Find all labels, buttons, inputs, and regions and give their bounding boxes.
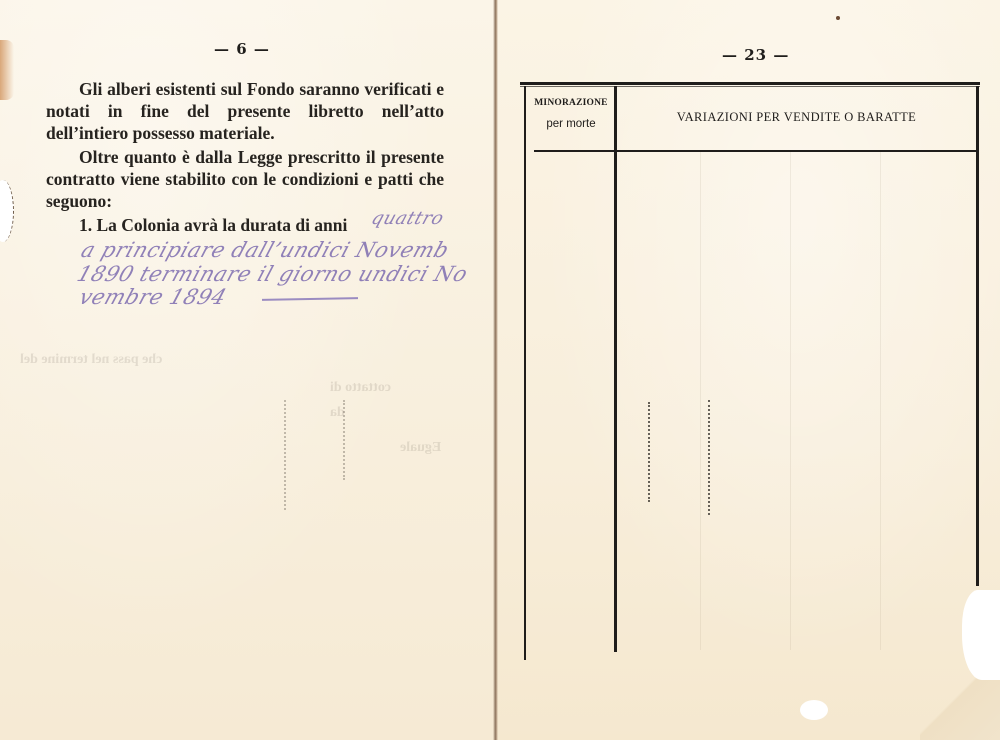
bleed-through-rule (284, 400, 286, 510)
scan-border (0, 740, 1000, 749)
water-stain (0, 40, 14, 100)
table-column-divider (614, 86, 617, 652)
scanned-document: — 6 — Gli alberi esistenti sul Fondo sar… (0, 0, 1000, 749)
bleed-through-text: che pass nel termine del (20, 352, 162, 368)
faint-dotted-rule (708, 400, 710, 515)
faint-dotted-rule (648, 402, 650, 502)
column-header-title: MINORAZIONE (528, 98, 614, 108)
paper-tear (962, 590, 1000, 680)
paper-hole (0, 180, 14, 242)
handwritten-years: quattro (369, 208, 447, 229)
column-header-subtitle: per morte (528, 118, 614, 130)
spine-fold (493, 0, 498, 745)
paragraph-conditions: Oltre quanto è dalla Legge prescritto il… (46, 146, 444, 212)
handwritten-line: a principiare dall’undici Novemb (78, 238, 452, 262)
table-top-rule (520, 82, 980, 85)
ink-speck (836, 16, 840, 20)
table-left-border (524, 86, 526, 660)
paper-hole (800, 700, 828, 720)
bleed-through-text: Eguale (400, 440, 441, 456)
table-top-rule-thin (520, 86, 980, 87)
handwritten-line: 1890 terminare il giorno undici No (74, 262, 471, 286)
clause-duration-printed: 1. La Colonia avrà la durata di anni (79, 214, 347, 236)
table-right-border (976, 86, 979, 586)
left-page: — 6 — Gli alberi esistenti sul Fondo sar… (0, 0, 496, 742)
table-header-rule (534, 150, 976, 152)
column-header-variazioni: VARIAZIONI PER VENDITE O BARATTE (617, 110, 976, 125)
handwritten-underline (262, 297, 358, 301)
page-number-left: — 6 — (214, 40, 270, 58)
page-number-right: — 23 — (722, 46, 789, 64)
ledger-table: MINORAZIONE per morte VARIAZIONI PER VEN… (520, 82, 982, 660)
bleed-through-rule (343, 400, 345, 480)
handwritten-line: vembre 1894 (76, 285, 230, 309)
paragraph-trees: Gli alberi esistenti sul Fondo saranno v… (46, 78, 444, 144)
bleed-through-text: cottatto di (330, 380, 391, 396)
column-header-minorazione: MINORAZIONE per morte (528, 98, 614, 130)
